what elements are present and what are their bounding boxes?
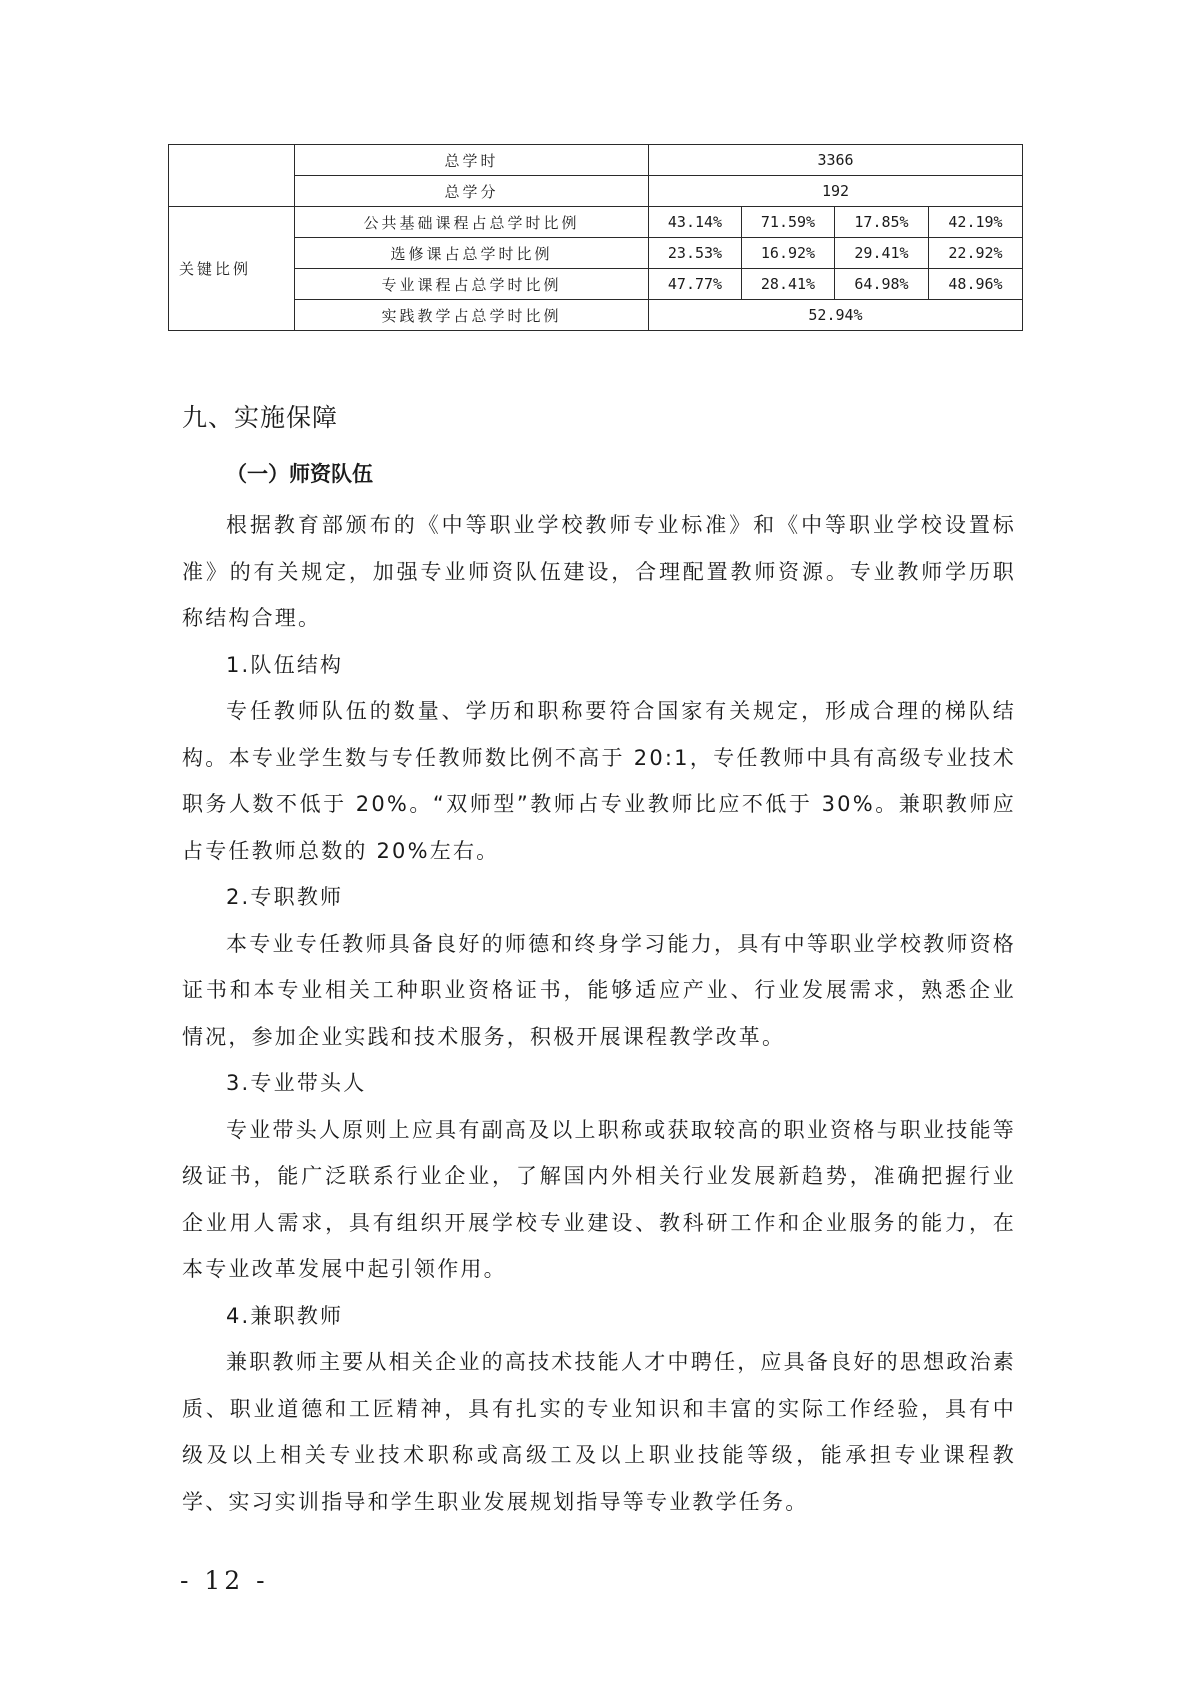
row-label: 实践教学占总学时比例 xyxy=(295,300,649,331)
item-paragraph: 专业带头人原则上应具有副高及以上职称或获取较高的职业资格与职业技能等级证书，能广… xyxy=(182,1107,1016,1293)
table-row: 关键比例 公共基础课程占总学时比例 43.14% 71.59% 17.85% 4… xyxy=(169,207,1023,238)
table-cell: 47.77% xyxy=(649,269,742,300)
page-number: - 12 - xyxy=(180,1566,269,1595)
table-cell: 16.92% xyxy=(742,238,835,269)
table-row: 专业课程占总学时比例 47.77% 28.41% 64.98% 48.96% xyxy=(169,269,1023,300)
table-cell: 22.92% xyxy=(929,238,1023,269)
table-cell: 64.98% xyxy=(835,269,929,300)
practice-ratio-value: 52.94% xyxy=(649,300,1023,331)
table-row: 选修课占总学时比例 23.53% 16.92% 29.41% 22.92% xyxy=(169,238,1023,269)
item-title: 4.兼职教师 xyxy=(182,1293,1016,1340)
table-cell: 29.41% xyxy=(835,238,929,269)
table-cell: 17.85% xyxy=(835,207,929,238)
table-cell: 42.19% xyxy=(929,207,1023,238)
group-label: 关键比例 xyxy=(169,207,295,331)
item-title: 3.专业带头人 xyxy=(182,1060,1016,1107)
intro-paragraph: 根据教育部颁布的《中等职业学校教师专业标准》和《中等职业学校设置标准》的有关规定… xyxy=(182,502,1016,642)
row-label: 公共基础课程占总学时比例 xyxy=(295,207,649,238)
key-ratio-table: 总学时 3366 总学分 192 关键比例 公共基础课程占总学时比例 43.14… xyxy=(168,144,1023,331)
total-credits-value: 192 xyxy=(649,176,1023,207)
table-row: 总学分 192 xyxy=(169,176,1023,207)
table-cell: 23.53% xyxy=(649,238,742,269)
section-body: 根据教育部颁布的《中等职业学校教师专业标准》和《中等职业学校设置标准》的有关规定… xyxy=(182,502,1016,1525)
total-hours-value: 3366 xyxy=(649,145,1023,176)
table-cell: 28.41% xyxy=(742,269,835,300)
item-paragraph: 兼职教师主要从相关企业的高技术技能人才中聘任，应具备良好的思想政治素质、职业道德… xyxy=(182,1339,1016,1525)
item-title: 1.队伍结构 xyxy=(182,642,1016,689)
section-heading: 九、实施保障 xyxy=(182,398,338,434)
row-label: 总学分 xyxy=(295,176,649,207)
table-row: 总学时 3366 xyxy=(169,145,1023,176)
item-title: 2.专职教师 xyxy=(182,874,1016,921)
table-cell: 48.96% xyxy=(929,269,1023,300)
table-row: 实践教学占总学时比例 52.94% xyxy=(169,300,1023,331)
item-paragraph: 本专业专任教师具备良好的师德和终身学习能力，具有中等职业学校教师资格证书和本专业… xyxy=(182,921,1016,1061)
item-paragraph: 专任教师队伍的数量、学历和职称要符合国家有关规定，形成合理的梯队结构。本专业学生… xyxy=(182,688,1016,874)
table-cell: 71.59% xyxy=(742,207,835,238)
document-page: 总学时 3366 总学分 192 关键比例 公共基础课程占总学时比例 43.14… xyxy=(0,0,1191,1684)
row-label: 选修课占总学时比例 xyxy=(295,238,649,269)
row-label: 总学时 xyxy=(295,145,649,176)
table-cell: 43.14% xyxy=(649,207,742,238)
subsection-heading: （一）师资队伍 xyxy=(226,458,373,488)
empty-group-cell xyxy=(169,145,295,207)
row-label: 专业课程占总学时比例 xyxy=(295,269,649,300)
